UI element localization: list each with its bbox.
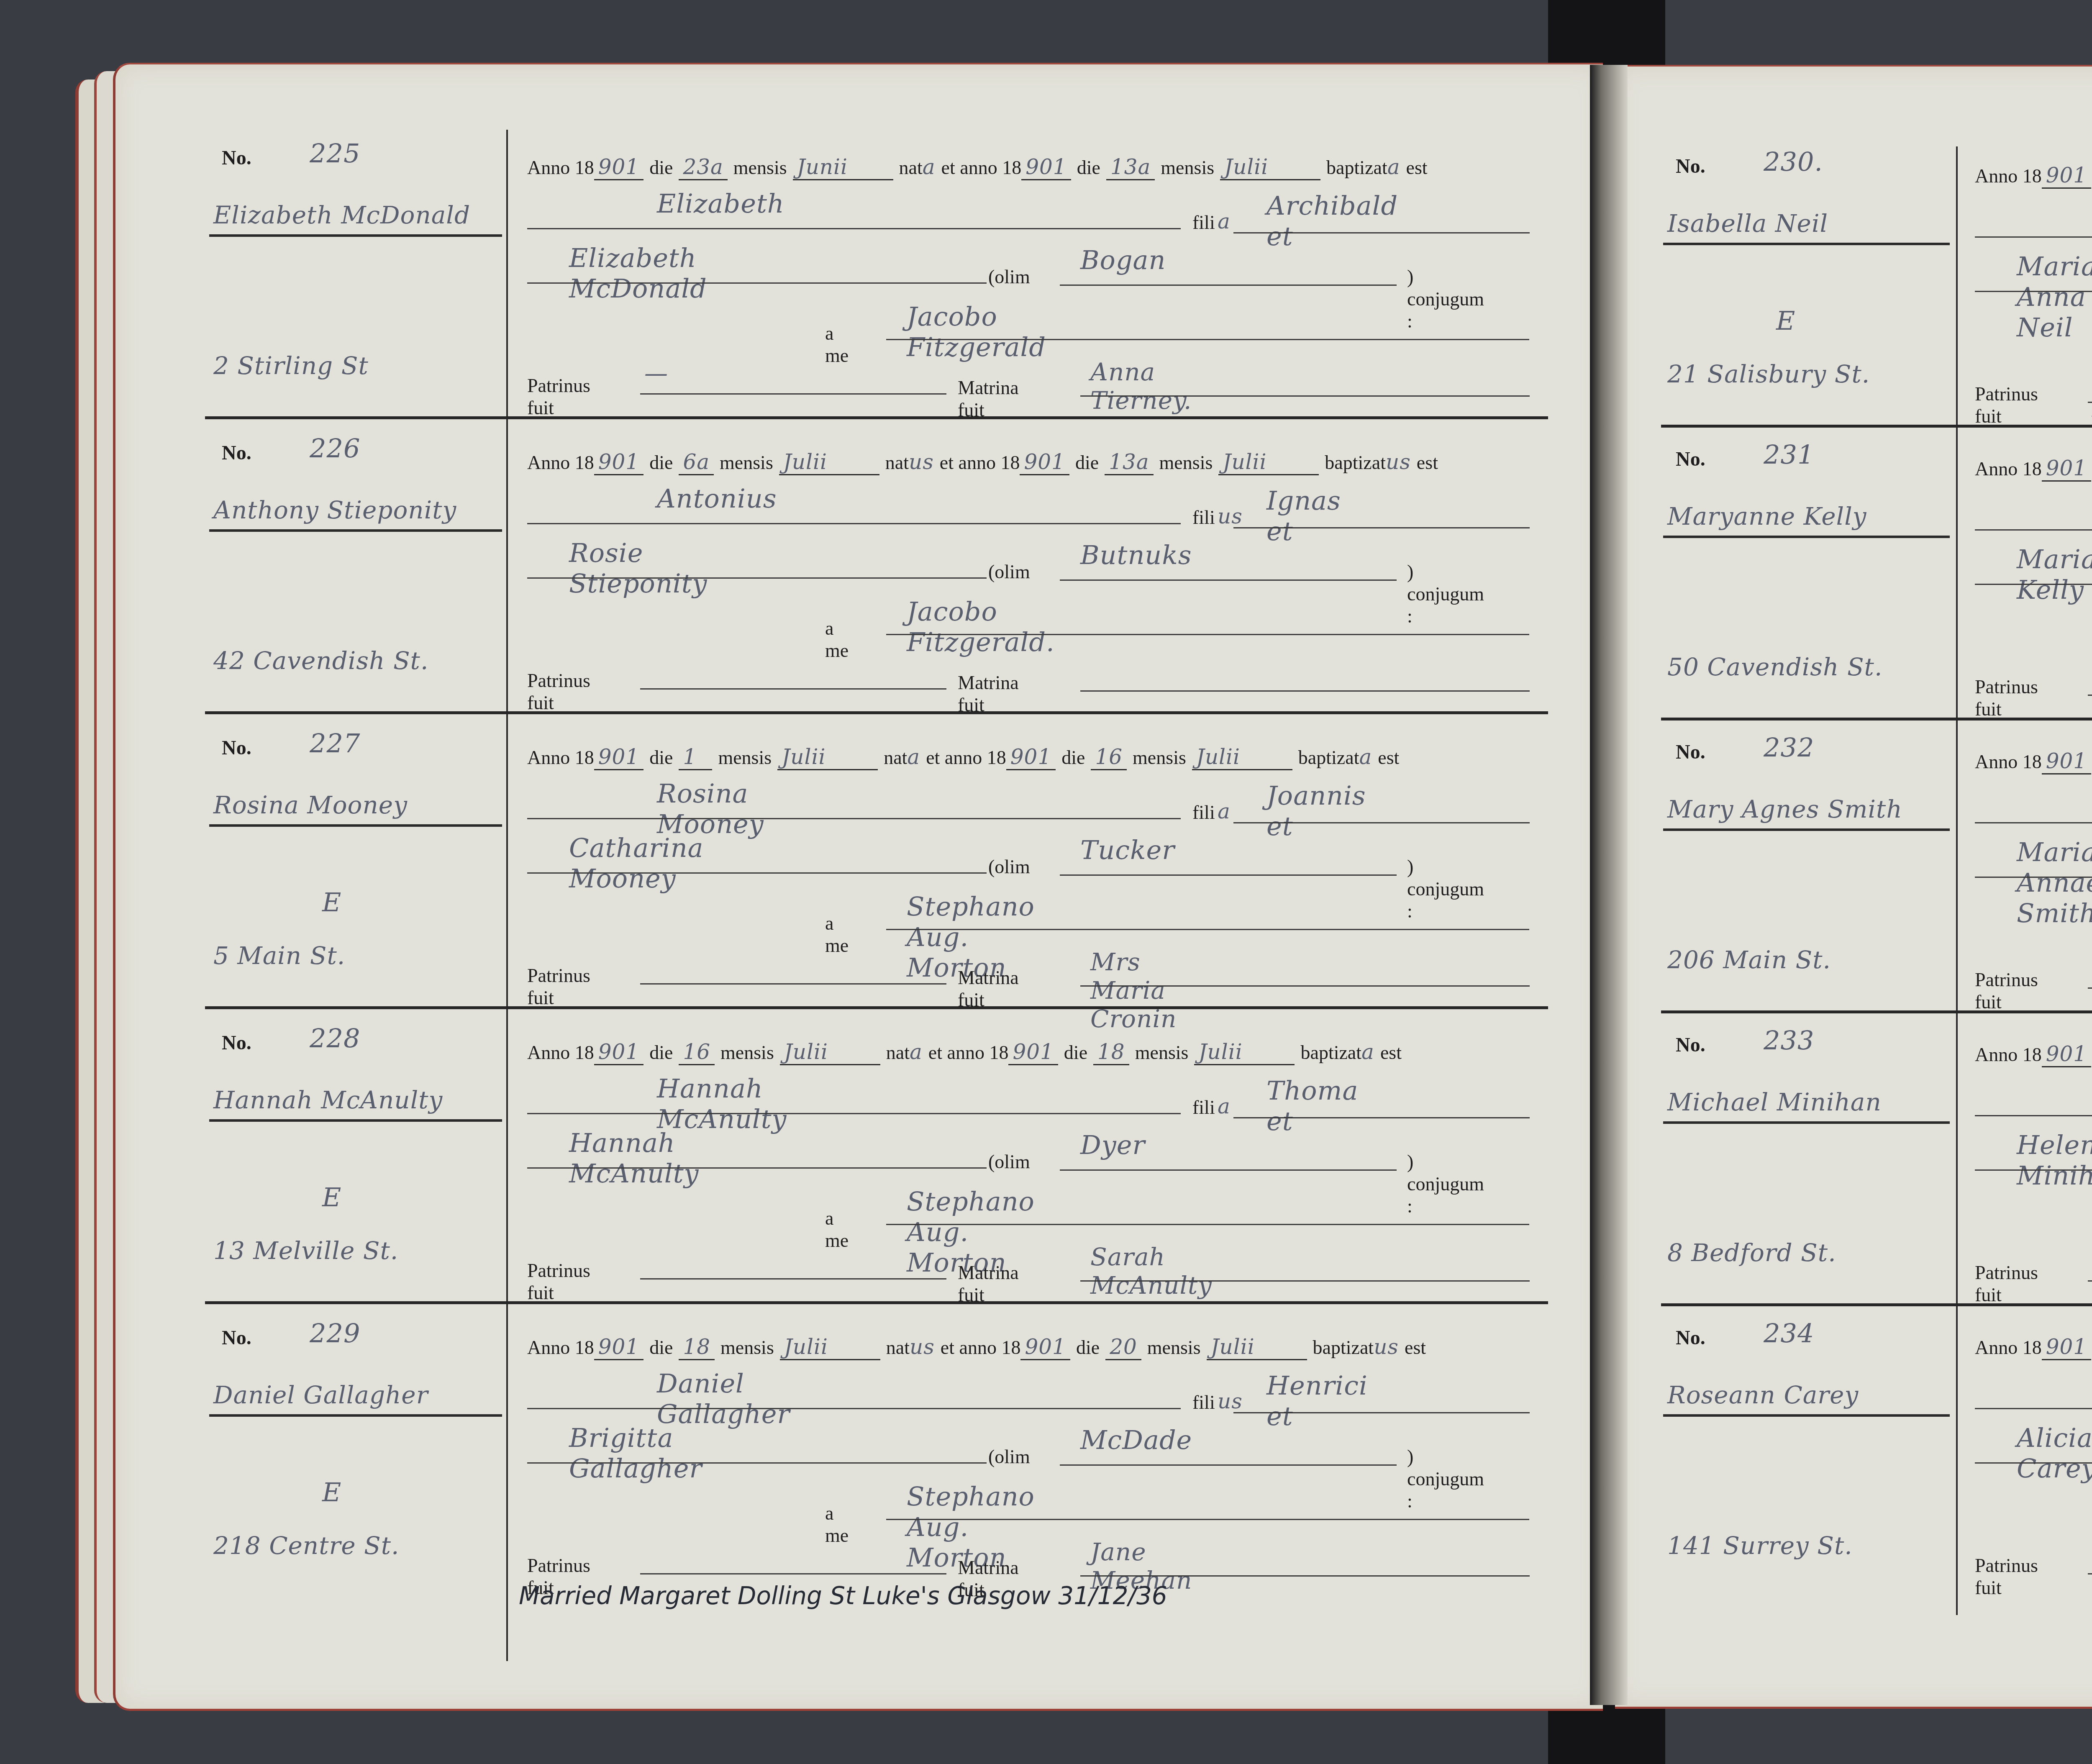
entry-number: 234 [1764, 1318, 1814, 1349]
matrina-line [1080, 985, 1530, 987]
anno-label: Anno 18 [527, 1041, 594, 1064]
margin-name-underline [1663, 243, 1950, 245]
mother-line [527, 1167, 987, 1169]
father-name: Archibald et [1266, 190, 1398, 251]
mother-name: Catharina Mooney [569, 833, 704, 894]
margin-mark: E [322, 1182, 341, 1213]
est-label: est [1406, 156, 1428, 179]
mother-maiden-name: Tucker [1080, 835, 1175, 865]
nat-suffix: a [907, 745, 920, 769]
entry-separator [205, 1006, 1548, 1009]
die-label: die [1076, 1336, 1100, 1359]
nat-label: nat [885, 451, 909, 474]
baptism-day: 13a [1106, 155, 1155, 180]
entry-number-label: No. [222, 736, 251, 759]
mother-name: Brigitta Gallagher [569, 1423, 702, 1484]
margin-name-underline [209, 824, 502, 827]
mother-line [1975, 1169, 2092, 1171]
baptism-year: 901 [1021, 155, 1071, 180]
dates-line: Anno 18901 die6a mensisJulii natus et an… [527, 450, 1438, 475]
entry-separator [205, 711, 1548, 714]
mother-line [527, 1462, 987, 1464]
mother-line [527, 577, 987, 579]
entry-separator [1661, 718, 2092, 720]
die-label: die [649, 451, 673, 474]
father-line [1233, 232, 1530, 233]
baptism-day: 13a [1105, 450, 1153, 475]
godmother-name: Mrs Maria Cronin [1090, 948, 1177, 1033]
father-line [1233, 527, 1530, 528]
entry-separator [205, 416, 1548, 419]
birth-year: 901 [594, 745, 643, 770]
margin-address: 42 Cavendish St. [213, 646, 428, 675]
mother-line [527, 282, 987, 284]
father-line [1233, 1412, 1530, 1413]
margin-name-underline [209, 529, 502, 532]
column-divider-right [1956, 146, 1958, 1615]
baptizat-suffix: a [1387, 155, 1400, 179]
priest-line [886, 1519, 1529, 1520]
child-name: Hannah McAnulty [657, 1073, 787, 1134]
nat-label: nat [899, 156, 923, 179]
priest-line [886, 339, 1529, 340]
anno-label: Anno 18 [1975, 751, 2042, 773]
mensis-label: mensis [1135, 1041, 1189, 1064]
mother-name: Helenae Minihan [2017, 1130, 2092, 1191]
nat-label: nat [884, 746, 907, 769]
child-name-line [527, 523, 1181, 524]
entry-number: 226 [310, 433, 360, 464]
margin-address: 2 Stirling St [213, 351, 369, 380]
child-name: Antonius [657, 483, 777, 514]
patrinus-label: Patrinus fuit [527, 1259, 590, 1304]
anno-label: Anno 18 [527, 451, 594, 474]
margin-mark: E [322, 1477, 341, 1508]
margin-child-name: Elizabeth McDonald [213, 201, 470, 229]
birth-month: Julii [780, 1040, 880, 1065]
nat-suffix: a [923, 155, 936, 179]
matrina-line [1080, 690, 1530, 692]
mother-maiden-name: Bogan [1080, 245, 1166, 275]
baptizat-label: baptizat [1326, 156, 1387, 179]
entry-number: 228 [310, 1023, 360, 1054]
nat-label: nat [886, 1336, 910, 1359]
fili-label: fili [1192, 211, 1215, 233]
a-me-label: a me [825, 322, 849, 367]
patrinus-label: Patrinus fuit [1975, 969, 2038, 1013]
baptism-month: Julii [1207, 1335, 1307, 1360]
maiden-line [1060, 285, 1397, 286]
birth-year: 901 [594, 450, 643, 475]
fili-suffix: a [1218, 209, 1231, 233]
matrina-label: Matrina fuit [958, 672, 1019, 716]
mensis-label: mensis [720, 1041, 774, 1064]
olim-label: (olim [988, 1446, 1030, 1468]
baptism-year: 901 [1020, 450, 1069, 475]
die-label: die [1075, 451, 1099, 474]
margin-name-underline [209, 1414, 502, 1417]
mother-name: Mariae Annae Smith [2017, 837, 2092, 928]
birth-year: 901 [594, 155, 643, 180]
entry-separator [1661, 425, 2092, 428]
margin-child-name: Hannah McAnulty [213, 1086, 443, 1114]
dates-line: Anno 18901 die20a mensisJulii nata et an… [1975, 1335, 2092, 1360]
maiden-line [1060, 1169, 1397, 1171]
fili-label: fili [1192, 1096, 1215, 1118]
dates-line: Anno 18901 die1 mensisJulii nata et anno… [527, 745, 1399, 770]
entry-separator [205, 1301, 1548, 1304]
birth-day: 16 [679, 1040, 715, 1065]
fili-suffix: us [1218, 504, 1243, 528]
margin-name-underline [209, 1119, 502, 1122]
mother-line [1975, 877, 2092, 878]
mother-line [1975, 1462, 2092, 1464]
child-name-line [527, 818, 1181, 819]
entry-number-label: No. [1676, 448, 1705, 471]
margin-address: 8 Bedford St. [1667, 1238, 1836, 1267]
mother-name: Hannah McAnulty [569, 1128, 699, 1189]
conjugum-label: ) conjugum : [1407, 856, 1484, 922]
baptizat-suffix: a [1361, 1040, 1374, 1064]
entry-number: 225 [310, 138, 360, 169]
priest-line [886, 929, 1529, 930]
birth-year: 901 [2042, 749, 2091, 774]
margin-child-name: Maryanne Kelly [1667, 502, 1866, 531]
die-label: die [1064, 1041, 1087, 1064]
entry-number: 232 [1764, 732, 1814, 763]
baptizat-suffix: a [1359, 745, 1372, 769]
baptism-month: Julii [1218, 450, 1319, 475]
mother-name: Mariae Anna Neil [2017, 251, 2092, 343]
die-label: die [649, 1041, 673, 1064]
entry-number-label: No. [1676, 155, 1705, 178]
margin-address: 13 Melville St. [213, 1236, 398, 1265]
mensis-label: mensis [1159, 451, 1213, 474]
et-anno-label: et anno 18 [926, 746, 1006, 769]
mensis-label: mensis [718, 746, 772, 769]
entry-number: 227 [310, 728, 360, 759]
patrinus-line [2088, 1573, 2092, 1574]
baptizat-label: baptizat [1325, 451, 1386, 474]
a-me-label: a me [825, 1207, 849, 1251]
birth-year: 901 [2042, 163, 2091, 189]
child-name-line [1975, 529, 2092, 531]
margin-child-name: Rosina Mooney [213, 791, 408, 819]
matrina-label: Matrina fuit [958, 377, 1019, 421]
est-label: est [1380, 1041, 1402, 1064]
child-name-line [1975, 822, 2092, 823]
matrina-line [1080, 1575, 1530, 1577]
mother-line [527, 872, 987, 874]
nat-suffix: a [910, 1040, 923, 1064]
matrina-line [1080, 395, 1530, 397]
patrinus-line [640, 1278, 946, 1279]
anno-label: Anno 18 [1975, 458, 2042, 480]
margin-address: 50 Cavendish St. [1667, 653, 1882, 681]
birth-year: 901 [594, 1040, 643, 1065]
conjugum-label: ) conjugum : [1407, 561, 1484, 627]
fili-suffix: us [1218, 1389, 1243, 1413]
olim-label: (olim [988, 561, 1030, 583]
entry-number: 233 [1764, 1025, 1814, 1056]
birth-year: 901 [2042, 1335, 2091, 1360]
patrinus-line [640, 688, 946, 690]
mother-maiden-name: Butnuks [1080, 540, 1192, 570]
patrinus-label: Patrinus fuit [1975, 383, 2038, 427]
die-label: die [1061, 746, 1085, 769]
matrina-label: Matrina fuit [958, 1261, 1019, 1306]
father-line [1233, 1117, 1530, 1118]
baptism-year: 901 [1020, 1335, 1070, 1360]
mother-name: Elizabeth McDonald [569, 243, 707, 304]
nat-suffix: us [910, 1335, 935, 1359]
mother-name: Aliciae Carey [2017, 1423, 2092, 1484]
entry-number-label: No. [222, 146, 251, 169]
entry-separator [1661, 1303, 2092, 1306]
entry-number-label: No. [1676, 1326, 1705, 1349]
entry-number: 230. [1764, 146, 1823, 177]
patrinus-label: Patrinus fuit [527, 964, 590, 1009]
maiden-line [1060, 874, 1397, 876]
child-name: Elizabeth [657, 188, 784, 219]
birth-day: 23a [679, 155, 727, 180]
birth-month: Junii [793, 155, 893, 180]
margin-name-underline [209, 234, 502, 237]
margin-child-name: Daniel Gallagher [213, 1381, 428, 1409]
margin-mark: E [1776, 305, 1795, 336]
officiating-priest: Jacobo Fitzgerald [907, 301, 1046, 362]
fili-label: fili [1192, 506, 1215, 528]
nat-suffix: us [909, 450, 934, 474]
margin-address: 206 Main St. [1667, 946, 1831, 974]
patrinus-label: Patrinus fuit [527, 669, 590, 714]
mensis-label: mensis [733, 156, 787, 179]
child-name-line [527, 228, 1181, 229]
entry-number-label: No. [222, 1031, 251, 1054]
margin-address: 21 Salisbury St. [1667, 360, 1870, 388]
godfather-name: — [644, 360, 668, 387]
baptism-month: Julii [1194, 1040, 1295, 1065]
birth-day: 1 [679, 745, 712, 770]
father-name: Henrici et [1266, 1370, 1368, 1431]
patrinus-line [2088, 402, 2092, 403]
child-name: Rosina Mooney [657, 778, 764, 839]
dates-line: Anno 18901 die11a mensisJulii nata et an… [1975, 749, 2092, 774]
matrina-label: Matrina fuit [958, 967, 1019, 1011]
child-name-line [1975, 1115, 2092, 1116]
est-label: est [1417, 451, 1438, 474]
mother-maiden-name: McDade [1080, 1425, 1192, 1455]
baptism-day: 16 [1091, 745, 1127, 770]
patrinus-line [2088, 1280, 2092, 1282]
dates-line: Anno 18901 die23a mensisJunii nata et an… [527, 155, 1428, 180]
margin-child-name: Isabella Neil [1667, 209, 1828, 238]
baptizat-suffix: us [1374, 1335, 1399, 1359]
margin-child-name: Roseann Carey [1667, 1381, 1859, 1409]
conjugum-label: ) conjugum : [1407, 266, 1484, 332]
fili-label: fili [1192, 1391, 1215, 1413]
birth-month: Julii [780, 1335, 880, 1360]
patrinus-label: Patrinus fuit [527, 374, 590, 419]
mother-name: Rosie Stieponity [569, 538, 708, 599]
die-label: die [649, 746, 673, 769]
margin-child-name: Michael Minihan [1667, 1088, 1882, 1116]
father-name: Joannis et [1266, 780, 1366, 841]
entry-number: 229 [310, 1318, 360, 1349]
baptizat-suffix: us [1386, 450, 1411, 474]
baptism-year: 901 [1008, 1040, 1058, 1065]
baptism-month: Julii [1192, 745, 1292, 770]
anno-label: Anno 18 [527, 1336, 594, 1359]
margin-child-name: Mary Agnes Smith [1667, 795, 1902, 823]
die-label: die [1077, 156, 1100, 179]
margin-child-name: Anthony Stieponity [213, 496, 456, 524]
fili-label: fili [1192, 801, 1215, 823]
mother-maiden-name: Dyer [1080, 1130, 1145, 1160]
baptism-month: Julii [1220, 155, 1320, 180]
fili-suffix: a [1218, 1094, 1231, 1118]
child-name: Daniel Gallagher [657, 1368, 790, 1429]
patrinus-label: Patrinus fuit [1975, 676, 2038, 720]
godmother-name: Anna Tierney. [1090, 358, 1192, 415]
birth-year: 901 [594, 1335, 643, 1360]
father-name: Ignas et [1266, 485, 1341, 546]
olim-label: (olim [988, 1151, 1030, 1173]
entry-number-label: No. [1676, 1033, 1705, 1056]
father-name: Thoma et [1266, 1075, 1358, 1136]
entry-number-label: No. [222, 1326, 251, 1349]
anno-label: Anno 18 [527, 746, 594, 769]
die-label: die [649, 156, 673, 179]
a-me-label: a me [825, 912, 849, 956]
matrina-line [1080, 1280, 1530, 1282]
patrinus-line [640, 983, 946, 985]
marginal-note-marriage: Married Margaret Dolling St Luke's Glasg… [519, 1582, 1167, 1610]
margin-name-underline [1663, 828, 1950, 831]
entry-number-label: No. [222, 441, 251, 464]
mensis-label: mensis [1147, 1336, 1201, 1359]
priest-line [886, 634, 1529, 635]
est-label: est [1405, 1336, 1426, 1359]
patrinus-line [2088, 695, 2092, 696]
mother-line [1975, 291, 2092, 292]
et-anno-label: et anno 18 [940, 451, 1020, 474]
margin-name-underline [1663, 1414, 1950, 1417]
maiden-line [1060, 1464, 1397, 1466]
entry-number-label: No. [1676, 741, 1705, 764]
mensis-label: mensis [720, 1336, 774, 1359]
baptizat-label: baptizat [1298, 746, 1359, 769]
maiden-line [1060, 579, 1397, 581]
olim-label: (olim [988, 266, 1030, 288]
patrinus-line [2088, 987, 2092, 989]
a-me-label: a me [825, 617, 849, 661]
child-name-line [1975, 236, 2092, 238]
baptism-year: 901 [1006, 745, 1056, 770]
patrinus-line [640, 1573, 946, 1574]
patrinus-label: Patrinus fuit [1975, 1554, 2038, 1599]
dates-line: Anno 18901 die12 mensisJulii nata et ann… [1975, 163, 2092, 189]
baptizat-label: baptizat [1300, 1041, 1361, 1064]
entry-separator [1661, 1010, 2092, 1013]
patrinus-label: Patrinus fuit [1975, 1261, 2038, 1306]
anno-label: Anno 18 [1975, 165, 2042, 187]
birth-month: Julii [777, 745, 878, 770]
entry-number: 231 [1764, 439, 1814, 470]
birth-year: 901 [2042, 456, 2091, 482]
conjugum-label: ) conjugum : [1407, 1151, 1484, 1217]
mother-line [1975, 584, 2092, 585]
nat-label: nat [886, 1041, 910, 1064]
margin-address: 5 Main St. [213, 941, 345, 970]
anno-label: Anno 18 [1975, 1044, 2042, 1066]
godmother-name: Sarah McAnulty [1090, 1243, 1212, 1300]
child-name-line [1975, 1408, 2092, 1409]
est-label: est [1378, 746, 1399, 769]
child-name-line [527, 1113, 1181, 1114]
mother-name: Mariae Kelly [2017, 544, 2092, 605]
birth-day: 6a [679, 450, 714, 475]
mensis-label: mensis [1133, 746, 1186, 769]
dates-line: Anno 18901 die20a mensisJulii natus et a… [1975, 1042, 2092, 1067]
birth-day: 18 [679, 1335, 715, 1360]
baptizat-label: baptizat [1313, 1336, 1374, 1359]
birth-month: Julii [779, 450, 879, 475]
margin-address: 141 Surrey St. [1667, 1531, 1853, 1560]
et-anno-label: et anno 18 [928, 1041, 1009, 1064]
et-anno-label: et anno 18 [941, 156, 1022, 179]
anno-label: Anno 18 [1975, 1336, 2042, 1359]
dates-line: Anno 18901 die16a mensisJulii nata et an… [1975, 456, 2092, 482]
officiating-priest: Jacobo Fitzgerald. [907, 596, 1055, 657]
dates-line: Anno 18901 die18 mensisJulii natus et an… [527, 1335, 1426, 1360]
die-label: die [649, 1336, 673, 1359]
patrinus-line [640, 393, 946, 395]
margin-address: 218 Centre St. [213, 1531, 399, 1560]
conjugum-label: ) conjugum : [1407, 1446, 1484, 1512]
dates-line: Anno 18901 die16 mensisJulii nata et ann… [527, 1040, 1402, 1065]
baptism-day: 20 [1105, 1335, 1141, 1360]
baptism-day: 18 [1093, 1040, 1129, 1065]
birth-year: 901 [2042, 1042, 2091, 1067]
fili-suffix: a [1218, 799, 1231, 823]
margin-mark: E [322, 887, 341, 918]
et-anno-label: et anno 18 [941, 1336, 1021, 1359]
mensis-label: mensis [720, 451, 773, 474]
column-divider-left [506, 130, 508, 1661]
margin-name-underline [1663, 536, 1950, 538]
olim-label: (olim [988, 856, 1030, 878]
priest-line [886, 1224, 1529, 1225]
a-me-label: a me [825, 1502, 849, 1546]
anno-label: Anno 18 [527, 156, 594, 179]
book-gutter [1590, 65, 1628, 1705]
child-name-line [527, 1408, 1181, 1409]
mensis-label: mensis [1161, 156, 1214, 179]
margin-name-underline [1663, 1121, 1950, 1124]
father-line [1233, 822, 1530, 823]
